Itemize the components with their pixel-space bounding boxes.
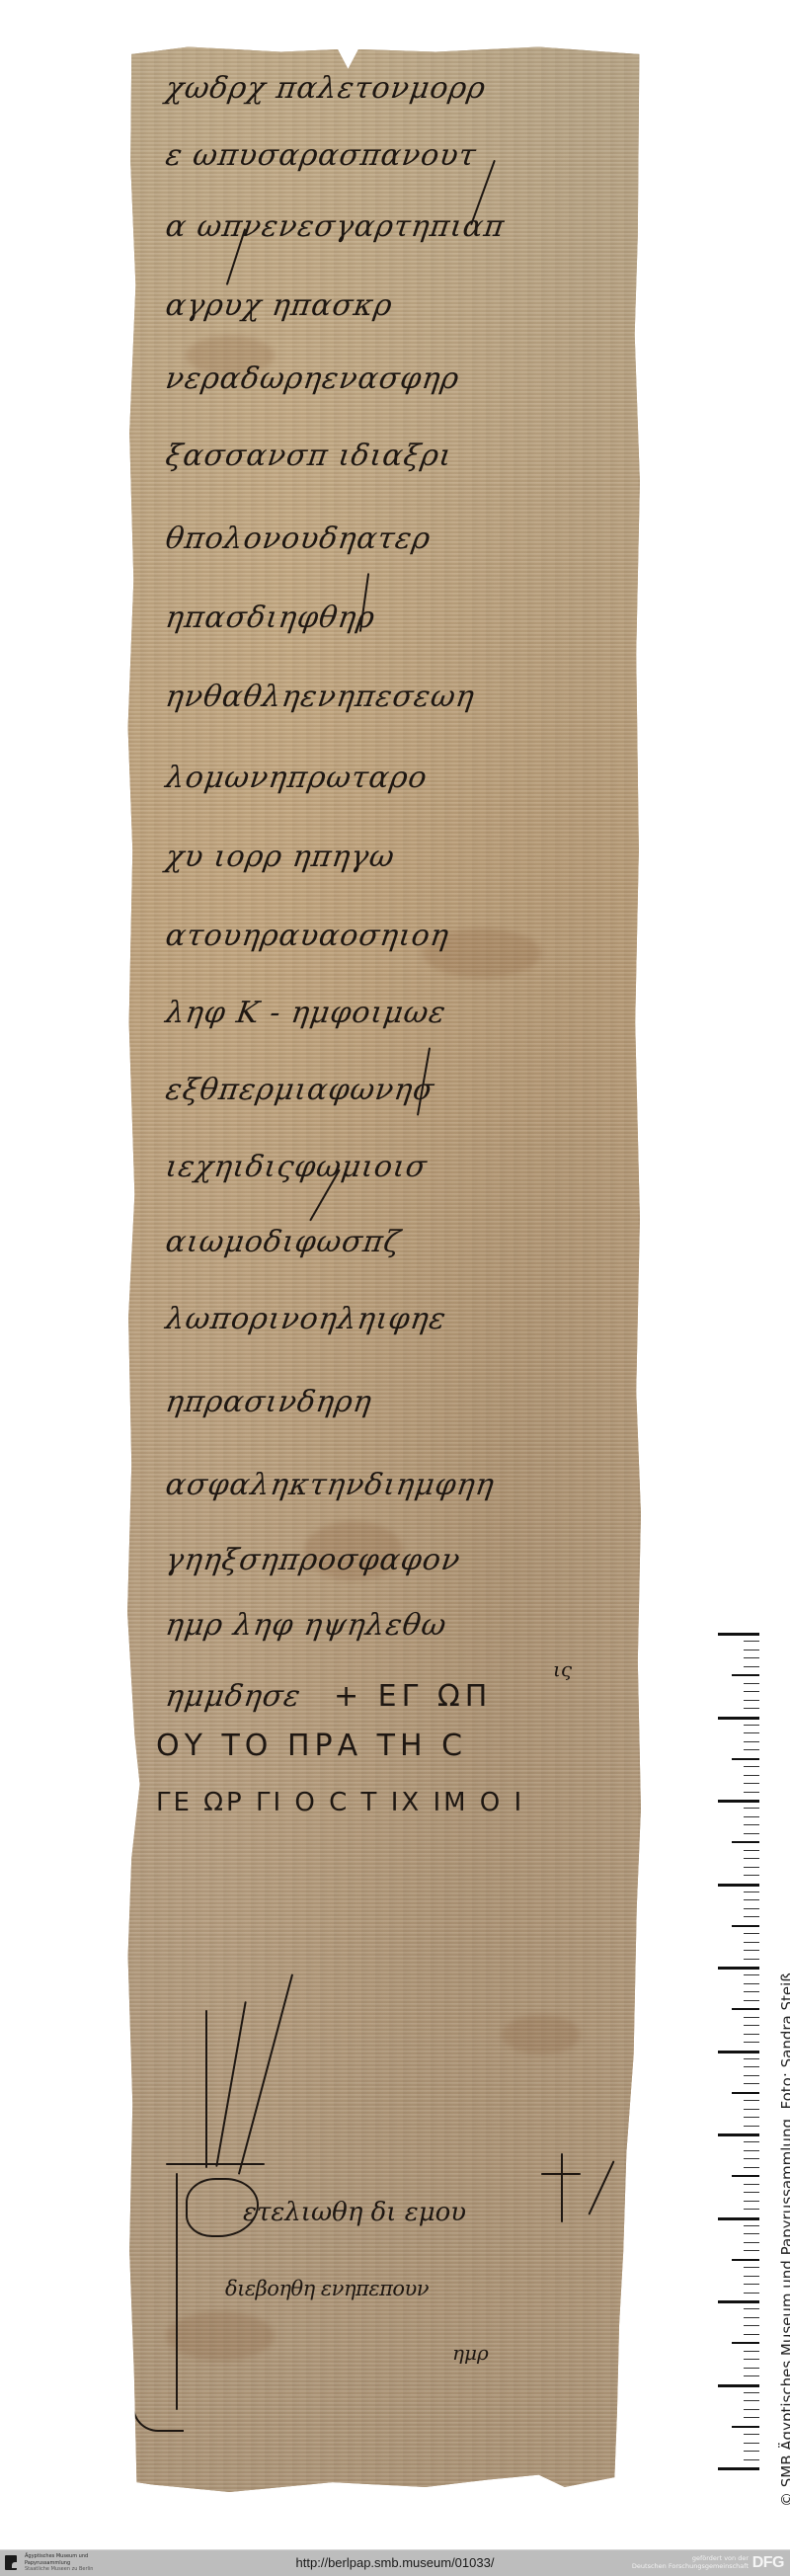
- ruler-tick: [732, 1841, 759, 1843]
- signature-line: ετελιωθη δι εμου: [243, 2198, 466, 2227]
- ruler-tick: [744, 2141, 759, 2142]
- ruler-tick: [718, 1800, 759, 1803]
- signature-line: διεβοηθη ενηπεπουν: [225, 2277, 429, 2300]
- ruler-tick: [744, 1657, 759, 1658]
- ruler-tick: [744, 2042, 759, 2043]
- text-line: εξθπερμιαφωνησ: [164, 1073, 613, 1107]
- ruler-tick: [718, 2467, 759, 2470]
- ruler-tick: [744, 2167, 759, 2168]
- text-line: ηνθαθληενηπεσεωη: [164, 680, 613, 714]
- ruler-tick: [744, 1775, 759, 1776]
- ruler-tick: [732, 2008, 759, 2010]
- text-line: ιεχηιδιςφωμιοισ: [164, 1150, 613, 1184]
- ruler-tick: [744, 2392, 759, 2393]
- ruler-tick: [744, 2325, 759, 2326]
- ruler-tick: [744, 1933, 759, 1934]
- text-line: χυ ιορρ ηπηγω: [164, 840, 613, 874]
- text-line: ε ωπυσαρασπανουτ: [164, 138, 613, 173]
- ruler-tick: [744, 2267, 759, 2268]
- image-viewer: χωδρχ παλετονμορρ ε ωπυσαρασπανουτ α ωπν…: [0, 0, 790, 2549]
- ruler-tick: [744, 2459, 759, 2460]
- funding-note: gefördert von der Deutschen Forschungsge…: [632, 2554, 749, 2570]
- ruler-tick: [744, 2317, 759, 2318]
- ruler-tick: [718, 2300, 759, 2303]
- ruler-tick: [744, 2351, 759, 2352]
- ruler-tick: [744, 2034, 759, 2035]
- ruler-tick: [744, 2334, 759, 2335]
- text-line: ληφ Κ - ημφοιμωε: [164, 996, 613, 1030]
- signature-line: ημρ: [452, 2341, 489, 2365]
- text-line: ηπασδιηφθηρ: [164, 601, 613, 635]
- ruler-tick: [744, 1875, 759, 1876]
- ruler-tick: [744, 2158, 759, 2159]
- ruler-tick: [744, 1808, 759, 1809]
- ruler-tick: [744, 1974, 759, 1975]
- text-line: α ωπνενεσγαρτηπιαπ: [164, 209, 613, 244]
- ruler-tick: [744, 1892, 759, 1892]
- uncial-superscript: ις: [553, 1657, 572, 1681]
- ruler-tick: [744, 1950, 759, 1951]
- ruler-tick: [732, 2342, 759, 2344]
- text-line: ηπρασινδηρη: [164, 1385, 613, 1419]
- ruler-tick: [744, 2000, 759, 2001]
- uncial-line: + ΕΓ ΩΠ: [334, 1679, 630, 1714]
- ruler-tick: [744, 1816, 759, 1817]
- ruler-tick: [718, 1967, 759, 1970]
- ruler-tick: [744, 1683, 759, 1684]
- text-line: λωπορινοηληιφηε: [164, 1302, 613, 1336]
- ruler-tick: [744, 1783, 759, 1784]
- ruler-tick: [718, 1884, 759, 1887]
- uncial-line: ΟΥ ΤΟ ΠΡΑ ΤΗ C: [156, 1729, 620, 1763]
- papyrus-sheet: χωδρχ παλετονμορρ ε ωπυσαρασπανουτ α ωπν…: [126, 40, 642, 2497]
- ruler-tick: [732, 2259, 759, 2261]
- ruler-tick: [744, 1959, 759, 1960]
- ruler-tick: [744, 2192, 759, 2193]
- ruler-tick: [744, 2150, 759, 2151]
- ruler-tick: [744, 1899, 759, 1900]
- ruler-tick: [744, 1700, 759, 1701]
- text-line: αιωμοδιφωσπζ: [164, 1225, 613, 1259]
- ruler-tick: [718, 2217, 759, 2220]
- ruler-tick: [744, 2451, 759, 2452]
- ruler-tick: [744, 2368, 759, 2369]
- text-line: λομωνηπρωταρο: [164, 761, 613, 795]
- ruler-tick: [744, 1650, 759, 1650]
- funding-line: Deutschen Forschungsgemeinschaft: [632, 2562, 749, 2570]
- ruler-tick: [744, 1908, 759, 1909]
- photo-credit: © SMB Ägyptisches Museum und Papyrussamm…: [778, 1972, 790, 2507]
- ruler-tick: [744, 2293, 759, 2294]
- text-line: ατουηραυαοσηιοη: [164, 919, 613, 953]
- ruler-tick: [744, 1858, 759, 1859]
- ruler-tick: [744, 1749, 759, 1750]
- funding-line: gefördert von der: [632, 2554, 749, 2562]
- text-line: ξασσανσπ ιδιαξρι: [164, 439, 613, 473]
- ruler-tick: [744, 2184, 759, 2185]
- ruler-tick: [744, 2284, 759, 2285]
- text-line: θπολονουδηατερ: [164, 522, 613, 556]
- ruler-tick: [744, 1916, 759, 1917]
- ruler-tick: [744, 1666, 759, 1667]
- dfg-logo-icon: DFG: [752, 2554, 784, 2572]
- ruler-tick: [744, 1792, 759, 1793]
- ruler-tick: [744, 1942, 759, 1943]
- ruler-tick: [744, 1824, 759, 1825]
- text-line: αγρυχ ηπασκρ: [164, 288, 613, 323]
- footer-bar: Ägyptisches Museum und Papyrussammlung S…: [0, 2549, 790, 2576]
- text-line: γηηξσηπροσφαφον: [164, 1543, 613, 1577]
- ruler-tick: [744, 2109, 759, 2110]
- ruler-tick: [744, 1850, 759, 1851]
- ruler-tick: [744, 1641, 759, 1642]
- ruler-tick: [718, 2384, 759, 2387]
- ruler-tick: [744, 2242, 759, 2243]
- ruler-tick: [744, 2443, 759, 2444]
- ruler-tick: [744, 1725, 759, 1726]
- text-line: ημρ ληφ ηψηλεθω: [164, 1608, 613, 1643]
- ruler-tick: [744, 2075, 759, 2076]
- ruler-tick: [744, 2250, 759, 2251]
- ruler-tick: [744, 2017, 759, 2018]
- ruler-tick: [744, 1741, 759, 1742]
- ruler-tick: [744, 2209, 759, 2210]
- ruler-tick: [744, 1867, 759, 1868]
- ruler-tick: [744, 2025, 759, 2026]
- ruler-tick: [744, 1991, 759, 1992]
- ruler-tick: [732, 1758, 759, 1760]
- ruler-tick: [744, 2083, 759, 2084]
- ruler-tick: [744, 2359, 759, 2360]
- ruler-tick: [732, 2426, 759, 2428]
- ruler-tick: [744, 2058, 759, 2059]
- ruler-tick: [744, 2126, 759, 2127]
- text-line: νεραδωρηενασφηρ: [164, 362, 613, 396]
- ruler-tick: [718, 2051, 759, 2053]
- ruler-tick: [718, 1633, 759, 1636]
- text-line: ασφαληκτηνδιημφηη: [164, 1468, 613, 1502]
- ruler-tick: [744, 2066, 759, 2067]
- ruler-tick: [744, 2417, 759, 2418]
- ruler-tick: [744, 2308, 759, 2309]
- ruler-tick: [744, 1691, 759, 1692]
- ruler-tick: [744, 1766, 759, 1767]
- ruler-tick: [744, 2375, 759, 2376]
- ruler-tick: [744, 1708, 759, 1709]
- ruler-tick: [744, 2434, 759, 2435]
- uncial-line: ΓΕ ΩΡ ΓΙ Ο C Τ ΙΧ ΙΜ Ο Ι: [156, 1788, 620, 1817]
- ruler-tick: [744, 1983, 759, 1984]
- ruler-tick: [744, 2233, 759, 2234]
- scale-ruler: [711, 1630, 765, 2471]
- ruler-tick: [744, 2117, 759, 2118]
- ruler-tick: [744, 2400, 759, 2401]
- ruler-tick: [718, 1717, 759, 1720]
- ruler-tick: [744, 2276, 759, 2277]
- ruler-tick: [732, 2175, 759, 2177]
- text-line: ημμδησε: [164, 1679, 347, 1714]
- ruler-tick: [744, 2201, 759, 2202]
- ruler-tick: [744, 1833, 759, 1834]
- ruler-tick: [744, 2225, 759, 2226]
- ruler-tick: [732, 2092, 759, 2094]
- ruler-tick: [732, 1674, 759, 1676]
- ruler-tick: [744, 2409, 759, 2410]
- ruler-tick: [744, 2100, 759, 2101]
- ruler-tick: [718, 2133, 759, 2136]
- ruler-tick: [744, 1732, 759, 1733]
- ruler-tick: [732, 1925, 759, 1927]
- text-line: χωδρχ παλετονμορρ: [164, 71, 613, 106]
